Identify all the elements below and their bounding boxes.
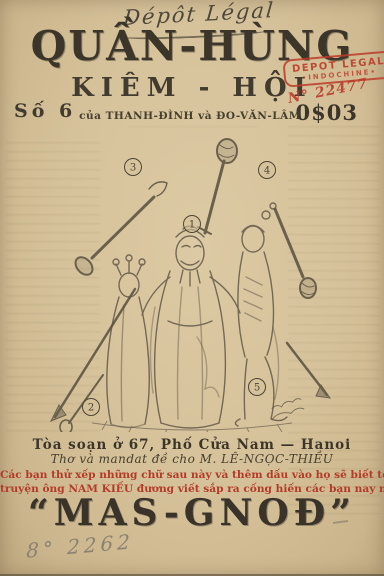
- figure-number-2: 2: [88, 403, 94, 414]
- editorial-address: Tòa soạn ở 67, Phố Cửa Nam — Hanoi: [0, 437, 384, 453]
- byline-authors: của THANH-ĐÌNH và ĐO-VĂN-LÂM: [70, 110, 310, 122]
- figure-number-badges: 1 2 3 4 5: [83, 159, 276, 416]
- anagram-title: “MAS-GNOĐ”: [0, 492, 384, 534]
- depot-legal-stamp: DEPOT LEGAL •INDOCHINE• N° 22477: [282, 50, 384, 101]
- figure-number-4: 4: [264, 166, 270, 177]
- warriors-engraving: 1 2 3 4 5: [37, 137, 347, 432]
- figure-number-1: 1: [189, 220, 195, 231]
- handwritten-shelfmark: 8° 2262: [26, 529, 134, 563]
- mandat-line: Thơ và mandat đề cho M. LÊ-NGỌC-THIỀU: [0, 452, 384, 466]
- issue-number: Số 6: [14, 100, 76, 122]
- scanned-magazine-cover: Dépôt Légal QUẦN-HÙNG KIÊM - HỘI Số 6 0$…: [0, 0, 384, 576]
- engraving-ground: [92, 421, 292, 432]
- figure-number-5: 5: [254, 383, 260, 394]
- red-notice-line1: Các bạn thử xếp những chữ sau này và thê…: [0, 469, 384, 483]
- figure-number-3: 3: [130, 163, 136, 174]
